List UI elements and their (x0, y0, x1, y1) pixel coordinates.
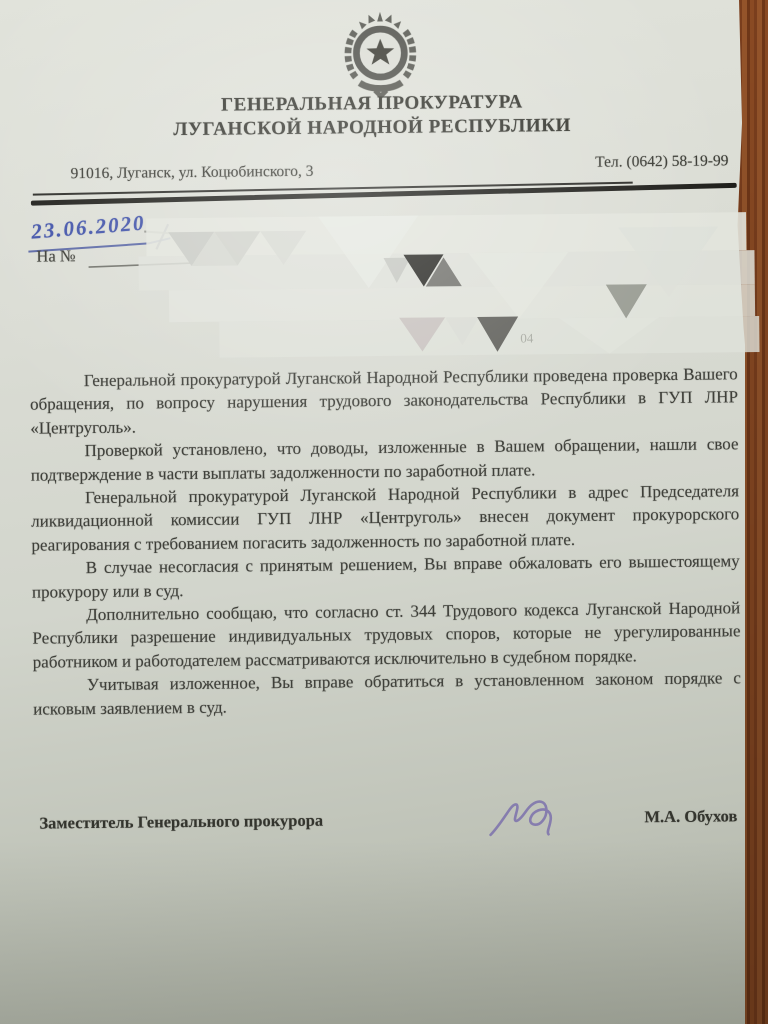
handwritten-signature (484, 786, 595, 847)
paragraph-1: Генеральной прокуратурой Луганской Народ… (30, 362, 739, 440)
paragraph-4: В случае несогласия с принятым решением,… (32, 549, 740, 603)
signatory-position: Заместитель Генерального прокурора (39, 811, 323, 834)
paragraph-6: Учитывая изложенное, Вы вправе обратитьс… (33, 667, 741, 721)
incoming-number-label: На № (36, 246, 75, 266)
org-phone: Тел. (0642) 58-19-99 (595, 152, 728, 171)
signatory-name: М.А. Обухов (644, 806, 737, 827)
lnr-coat-of-arms-icon (332, 9, 429, 100)
paragraph-5: Дополнительно сообщаю, что согласно ст. … (32, 596, 741, 674)
paragraph-2: Проверкой установлено, что доводы, излож… (30, 432, 738, 486)
org-name-block: ГЕНЕРАЛЬНАЯ ПРОКУРАТУРА ЛУГАНСКОЙ НАРОДН… (17, 88, 727, 143)
letter-content: ГЕНЕРАЛЬНАЯ ПРОКУРАТУРА ЛУГАНСКОЙ НАРОДН… (0, 0, 768, 1024)
org-address: 91016, Луганск, ул. Коцюбинского, 3 (71, 163, 314, 184)
handwritten-date: 23.06.2020 (30, 210, 146, 244)
contact-row: 91016, Луганск, ул. Коцюбинского, 3 Тел.… (32, 152, 734, 159)
paragraph-3: Генеральной прокуратурой Луганской Народ… (31, 479, 740, 557)
redacted-smudge: 04 (520, 330, 534, 345)
document-photo: ГЕНЕРАЛЬНАЯ ПРОКУРАТУРА ЛУГАНСКОЙ НАРОДН… (0, 0, 768, 1024)
letter-body: Генеральной прокуратурой Луганской Народ… (30, 362, 742, 720)
signature-row: Заместитель Генерального прокурора М.А. … (39, 798, 741, 805)
